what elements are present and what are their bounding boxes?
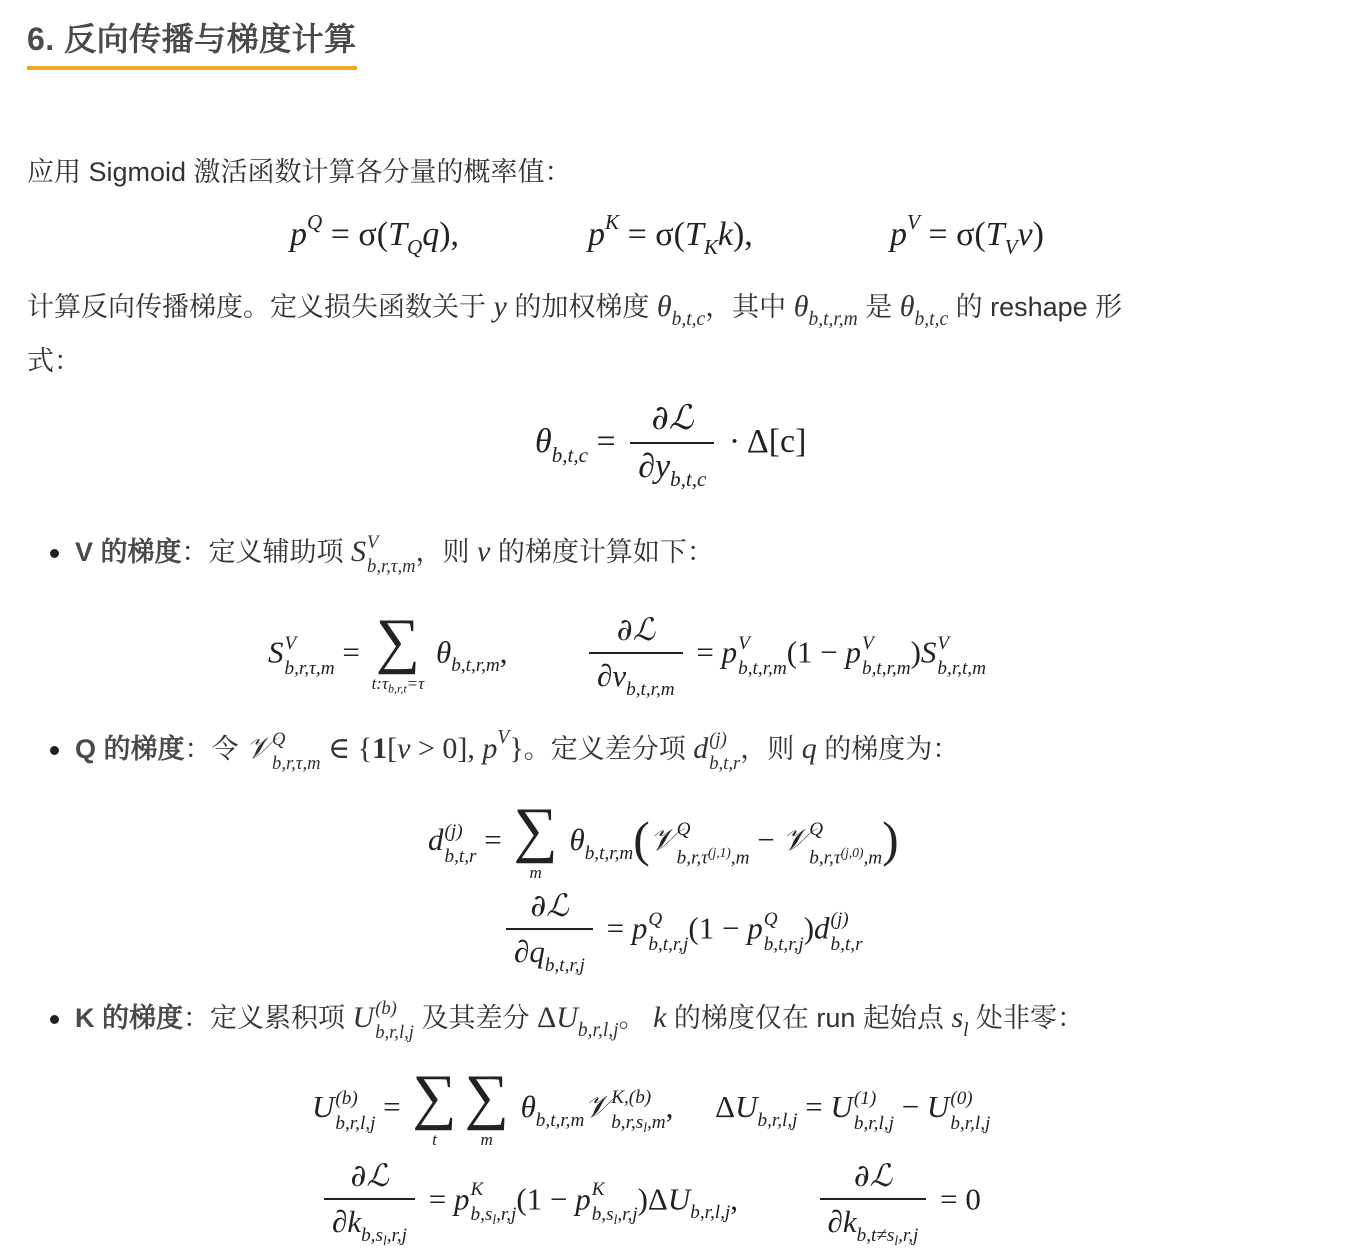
bullet-icon [50, 1015, 59, 1024]
sigmoid-equation-v: pV = σ(TVv) [890, 212, 1044, 258]
intro-paragraph: 应用 Sigmoid 激活函数计算各分量的概率值： [27, 145, 1327, 199]
bullet-v-gradient: V 的梯度：定义辅助项 SVb,r,τ,m，则 v 的梯度计算如下： [50, 530, 714, 573]
theta-equation: θb,t,c = ∂ℒ∂yb,t,c · Δ[c] [535, 398, 806, 491]
bullet-q-gradient: Q 的梯度：令 𝒱Qb,r,τ,m ∈ {1[v > 0], pV}。定义差分项… [50, 727, 959, 770]
bullet-k-gradient: K 的梯度：定义累积项 U(b)b,r,l,j 及其差分 ΔUb,r,l,j。 … [50, 996, 1084, 1040]
q-difference-equation: d(j)b,t,r = ∑m θb,t,r,m(𝒱Qb,r,τ(j,1),m −… [428, 803, 899, 883]
bullet-icon [50, 746, 59, 755]
q-gradient-equation: ∂ℒ∂qb,t,r,j = pQb,t,r,j(1 − pQb,t,r,j)d(… [500, 888, 863, 975]
k-accumulation-equation: U(b)b,r,l,j = ∑t∑m θb,t,r,m𝒱K,(b)b,r,sl,… [312, 1070, 990, 1150]
section-heading: 6. 反向传播与梯度计算 [27, 14, 357, 70]
sigmoid-equation-k: pK = σ(TKk), [588, 212, 753, 258]
k-gradient-equation: ∂ℒ∂kb,sl,r,j = pKb,sl,r,j(1 − pKb,sl,r,j… [318, 1158, 981, 1247]
v-gradient-equation: SVb,r,τ,m = ∑t:τb,r,t=τ θb,t,r,m, ∂ℒ∂vb,… [268, 612, 986, 699]
sigmoid-equation-q: pQ = σ(TQq), [290, 212, 459, 258]
bullet-icon [50, 549, 59, 558]
backprop-paragraph: 计算反向传播梯度。定义损失函数关于 y 的加权梯度 θb,t,c，其中 θb,t… [27, 280, 1327, 388]
